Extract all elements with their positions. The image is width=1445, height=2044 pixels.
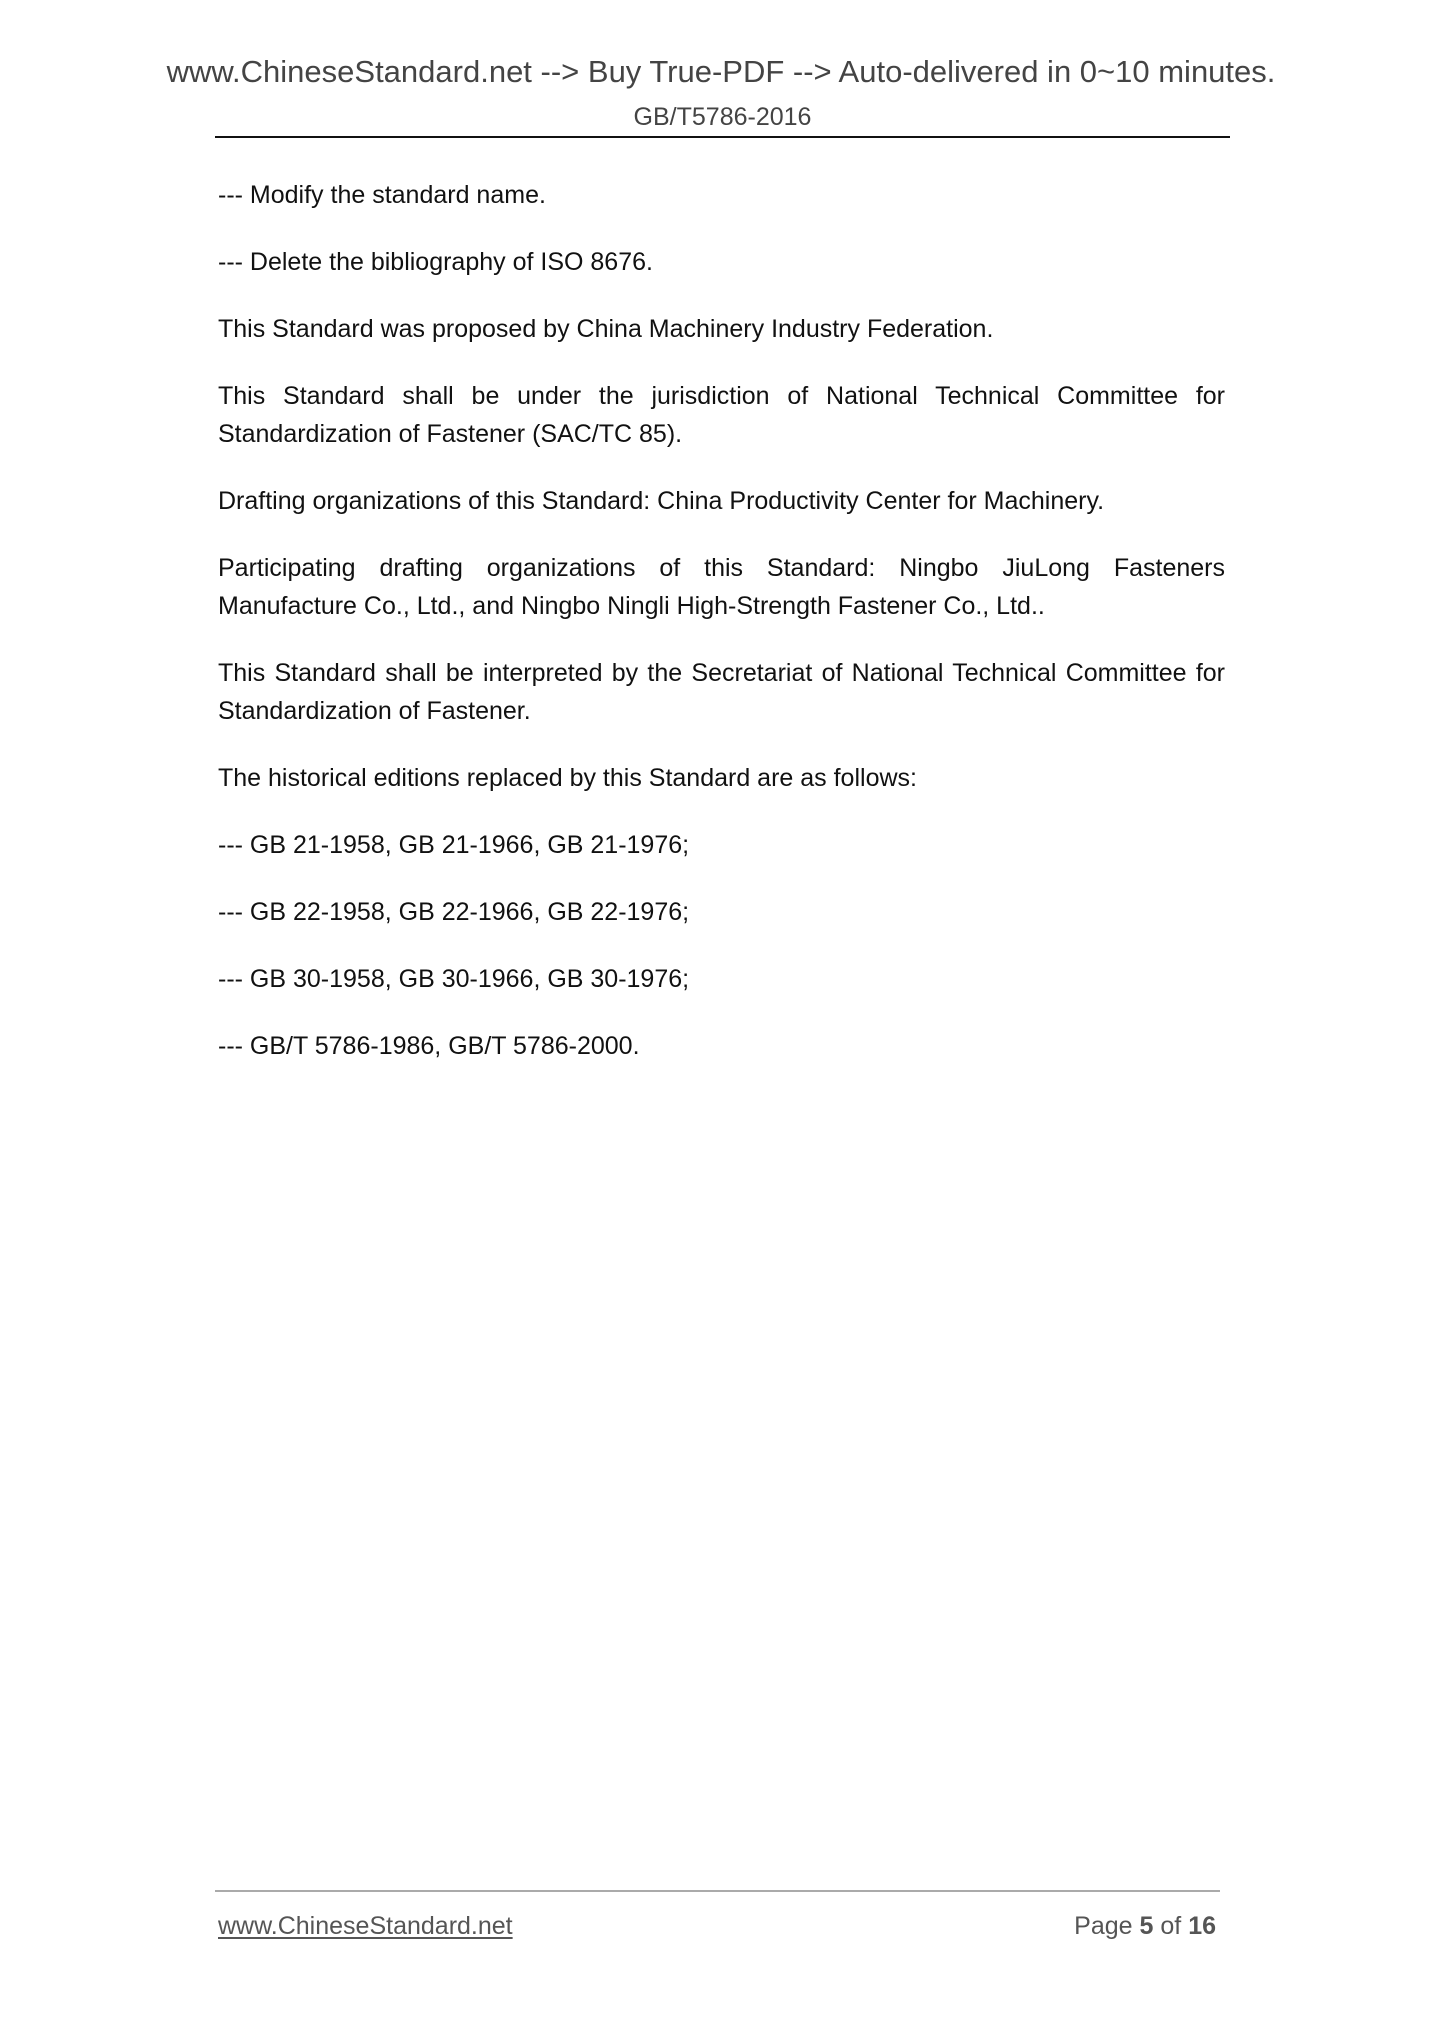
total-pages-number: 16	[1188, 1912, 1216, 1940]
document-code: GB/T5786-2016	[0, 102, 1445, 132]
footer-website-link[interactable]: www.ChineseStandard.net	[218, 1911, 513, 1941]
historical-edition-item: --- GB/T 5786-1986, GB/T 5786-2000.	[218, 1027, 1225, 1065]
change-item-delete-bibliography: --- Delete the bibliography of ISO 8676.	[218, 243, 1225, 281]
page-of-label: of	[1160, 1912, 1181, 1940]
change-item-modify-name: --- Modify the standard name.	[218, 176, 1225, 214]
header-title: www.ChineseStandard.net --> Buy True-PDF…	[0, 52, 1442, 92]
interpretation-paragraph: This Standard shall be interpreted by th…	[218, 654, 1225, 730]
proposer-paragraph: This Standard was proposed by China Mach…	[218, 310, 1225, 348]
footer-divider	[215, 1890, 1220, 1892]
participating-organizations-paragraph: Participating drafting organizations of …	[218, 549, 1225, 625]
jurisdiction-paragraph: This Standard shall be under the jurisdi…	[218, 377, 1225, 453]
document-body: --- Modify the standard name. --- Delete…	[218, 176, 1225, 1094]
historical-editions-intro: The historical editions replaced by this…	[218, 759, 1225, 797]
page-prefix: Page	[1074, 1912, 1132, 1940]
historical-edition-item: --- GB 21-1958, GB 21-1966, GB 21-1976;	[218, 826, 1225, 864]
historical-edition-item: --- GB 22-1958, GB 22-1966, GB 22-1976;	[218, 893, 1225, 931]
page-indicator: Page 5 of 16	[1074, 1911, 1216, 1941]
drafting-organizations-paragraph: Drafting organizations of this Standard:…	[218, 482, 1225, 520]
header-divider	[215, 136, 1230, 138]
current-page-number: 5	[1140, 1912, 1154, 1940]
historical-edition-item: --- GB 30-1958, GB 30-1966, GB 30-1976;	[218, 960, 1225, 998]
